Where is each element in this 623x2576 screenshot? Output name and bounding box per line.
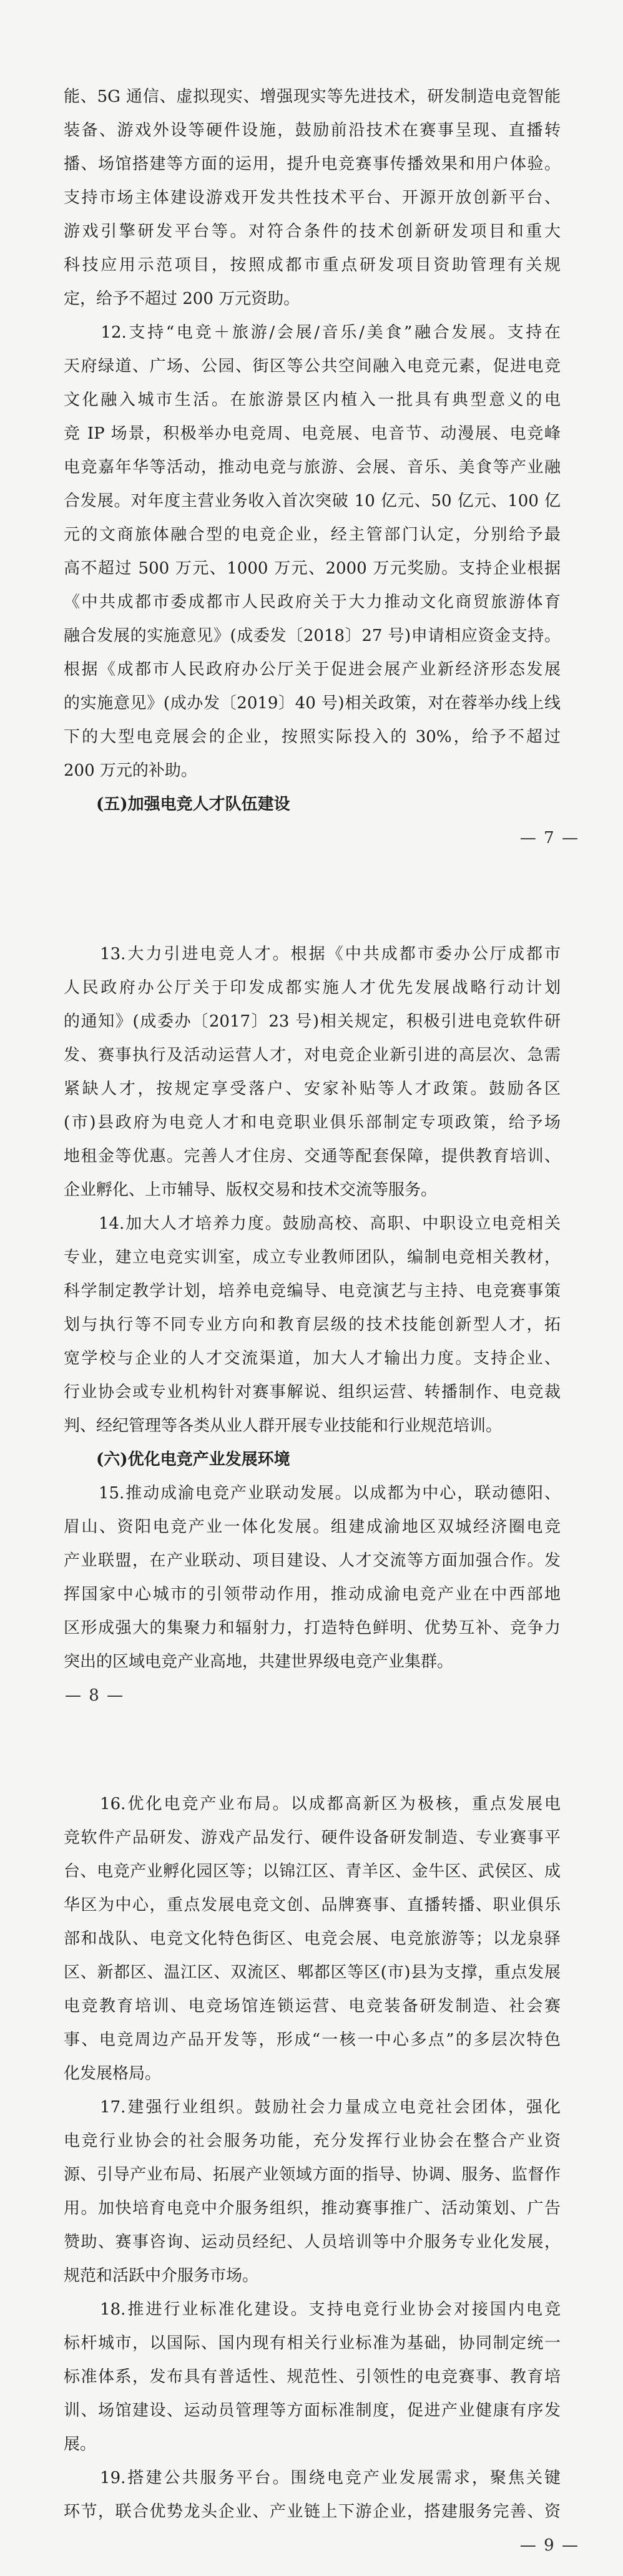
text-line: 元的文商旅体融合型的电竞企业，经主管部门认定，分别给予最 xyxy=(64,518,561,552)
text-line: 根据《成都市人民政府办公厅关于促进会展产业新经济形态发展 xyxy=(64,653,561,686)
page-9: 16.优化电竞产业布局。以成都高新区为极核，重点发展电竞软件产品研发、游戏产品发… xyxy=(0,1712,623,2562)
text-line: 支持市场主体建设游戏开发共性技术平台、开源开放创新平台、 xyxy=(64,181,561,215)
text-line: 台、电竞产业孵化园区等；以锦江区、青羊区、金牛区、武侯区、成 xyxy=(64,1855,561,1888)
text-line: 电竞行业协会的社会服务功能，充分发挥行业协会在整合产业资 xyxy=(64,2124,561,2158)
page-8-body: 13.大力引进电竞人才。根据《中共成都市委办公厅成都市人民政府办公厅关于印发成都… xyxy=(64,937,561,1679)
text-line: 突出的区域电竞产业高地，共建世界级电竞产业集群。 xyxy=(64,1645,561,1679)
text-line: 17.建强行业组织。鼓励社会力量成立电竞社会团体，强化 xyxy=(64,2091,561,2124)
text-line: 融合发展的实施意见》(成委发〔2018〕27 号)申请相应资金支持。 xyxy=(64,619,561,653)
text-line: 竞 IP 场景，积极举办电竞周、电竞展、电音节、动漫展、电竞峰会、 xyxy=(64,417,561,451)
text-line: 部和战队、电竞文化特色街区、电竞会展、电竞旅游等；以龙泉驿 xyxy=(64,1922,561,1956)
text-line: 区、新都区、温江区、双流区、郫都区等区(市)县为支撑，重点发展 xyxy=(64,1956,561,1989)
page-number: — 7 — xyxy=(0,821,623,855)
text-line: 展。 xyxy=(64,2427,561,2461)
text-line: 区形成强大的集聚力和辐射力，打造特色鲜明、优势互补、竞争力 xyxy=(64,1611,561,1645)
text-line: 华区为中心，重点发展电竞文创、品牌赛事、直播转播、职业俱乐 xyxy=(64,1888,561,1922)
text-line: 紧缺人才，按规定享受落户、安家补贴等人才政策。鼓励各区 xyxy=(64,1072,561,1106)
text-line: 训、场馆建设、运动员管理等方面标准制度，促进产业健康有序发 xyxy=(64,2394,561,2427)
text-line: 标准体系，发布具有普适性、规范性、引领性的电竞赛事、教育培 xyxy=(64,2360,561,2394)
text-line: 地租金等优惠。完善人才住房、交通等配套保障，提供教育培训、 xyxy=(64,1139,561,1173)
text-line: 科学制定教学计划，培养电竞编导、电竞演艺与主持、电竞赛事策 xyxy=(64,1274,561,1308)
text-line: 行业协会或专业机构针对赛事解说、组织运营、转播制作、电竞裁 xyxy=(64,1375,561,1409)
page-7: 能、5G 通信、虚拟现实、增强现实等先进技术，研发制造电竞智能装备、游戏外设等硬… xyxy=(0,0,623,855)
text-line: 能、5G 通信、虚拟现实、增强现实等先进技术，研发制造电竞智能 xyxy=(64,80,561,114)
page-7-body: 能、5G 通信、虚拟现实、增强现实等先进技术，研发制造电竞智能装备、游戏外设等硬… xyxy=(64,80,561,821)
text-line: 宽学校与企业的人才交流渠道，加大人才输出力度。支持企业、 xyxy=(64,1342,561,1375)
text-line: 判、经纪管理等各类从业人群开展专业技能和行业规范培训。 xyxy=(64,1409,561,1443)
section-heading: (六)优化电竞产业发展环境 xyxy=(64,1443,561,1476)
text-line: 12.支持“电竞＋旅游/会展/音乐/美食”融合发展。支持在 xyxy=(64,316,561,349)
text-line: 文化融入城市生活。在旅游景区内植入一批具有典型意义的电 xyxy=(64,383,561,417)
text-line: 的实施意见》(成办发〔2019〕40 号)相关政策，对在蓉举办线上线 xyxy=(64,686,561,720)
text-line: 环节，联合优势龙头企业、产业链上下游企业，搭建服务完善、资 xyxy=(64,2495,561,2529)
text-line: 企业孵化、上市辅导、版权交易和技术交流等服务。 xyxy=(64,1173,561,1207)
text-line: 定，给予不超过 200 万元资助。 xyxy=(64,282,561,316)
text-line: 下的大型电竞展会的企业，按照实际投入的 30%，给予不超过 xyxy=(64,720,561,754)
text-line: 发、赛事执行及活动运营人才，对电竞企业新引进的高层次、急需 xyxy=(64,1038,561,1072)
text-line: 电竞教育培训、电竞场馆连锁运营、电竞装备研发制造、社会赛 xyxy=(64,1989,561,2023)
text-line: 人民政府办公厅关于印发成都实施人才优先发展战略行动计划 xyxy=(64,971,561,1005)
text-line: 装备、游戏外设等硬件设施，鼓励前沿技术在赛事呈现、直播转 xyxy=(64,114,561,147)
text-line: 《中共成都市委成都市人民政府关于大力推动文化商贸旅游体育 xyxy=(64,585,561,619)
text-line: 规范和活跃中介服务市场。 xyxy=(64,2259,561,2293)
page-9-body: 16.优化电竞产业布局。以成都高新区为极核，重点发展电竞软件产品研发、游戏产品发… xyxy=(64,1787,561,2529)
text-line: 划与执行等不同专业方向和教育层级的技术技能创新型人才，拓 xyxy=(64,1308,561,1342)
text-line: 200 万元的补助。 xyxy=(64,754,561,788)
text-line: 源、引导产业布局、拓展产业领域方面的指导、协调、服务、监督作 xyxy=(64,2158,561,2192)
text-line: 专业，建立电竞实训室，成立专业教师团队，编制电竞相关教材， xyxy=(64,1241,561,1274)
text-line: 眉山、资阳电竞产业一体化发展。组建成渝地区双城经济圈电竞 xyxy=(64,1510,561,1544)
text-line: 14.加大人才培养力度。鼓励高校、高职、中职设立电竞相关 xyxy=(64,1207,561,1241)
text-line: 高不超过 500 万元、1000 万元、2000 万元奖励。支持企业根据 xyxy=(64,552,561,585)
text-line: (市)县政府为电竞人才和电竞职业俱乐部制定专项政策，给予场 xyxy=(64,1106,561,1139)
page-number: — 9 — xyxy=(0,2529,623,2562)
text-line: 19.搭建公共服务平台。围绕电竞产业发展需求，聚焦关键 xyxy=(64,2461,561,2495)
text-line: 竞软件产品研发、游戏产品发行、硬件设备研发制造、专业赛事平 xyxy=(64,1821,561,1855)
text-line: 16.优化电竞产业布局。以成都高新区为极核，重点发展电 xyxy=(64,1787,561,1821)
page-number: — 8 — xyxy=(0,1679,623,1712)
text-line: 产业联盟，在产业联动、项目建设、人才交流等方面加强合作。发 xyxy=(64,1544,561,1578)
scanned-policy-document: 能、5G 通信、虚拟现实、增强现实等先进技术，研发制造电竞智能装备、游戏外设等硬… xyxy=(0,0,623,2576)
text-line: 电竞嘉年华等活动，推动电竞与旅游、会展、音乐、美食等产业融 xyxy=(64,451,561,484)
text-line: 播、场馆搭建等方面的运用，提升电竞赛事传播效果和用户体验。 xyxy=(64,147,561,181)
text-line: 天府绿道、广场、公园、街区等公共空间融入电竞元素，促进电竞 xyxy=(64,349,561,383)
text-line: 15.推动成渝电竞产业联动发展。以成都为中心，联动德阳、 xyxy=(64,1476,561,1510)
page-8: 13.大力引进电竞人才。根据《中共成都市委办公厅成都市人民政府办公厅关于印发成都… xyxy=(0,855,623,1712)
text-line: 的通知》(成委办〔2017〕23 号)相关规定，积极引进电竞软件研 xyxy=(64,1005,561,1038)
text-line: 18.推进行业标准化建设。支持电竞行业协会对接国内电竞 xyxy=(64,2293,561,2326)
text-line: 标杆城市，以国际、国内现有相关行业标准为基础，协同制定统一 xyxy=(64,2326,561,2360)
text-line: 挥国家中心城市的引领带动作用，推动成渝电竞产业在中西部地 xyxy=(64,1578,561,1611)
text-line: 用。加快培育电竞中介服务组织，推动赛事推广、活动策划、广告 xyxy=(64,2192,561,2225)
text-line: 事、电竞周边产品开发等，形成“一核一中心多点”的多层次特色 xyxy=(64,2023,561,2057)
text-line: 赞助、赛事咨询、运动员经纪、人员培训等中介服务专业化发展， xyxy=(64,2225,561,2259)
section-heading: (五)加强电竞人才队伍建设 xyxy=(64,788,561,821)
text-line: 科技应用示范项目，按照成都市重点研发项目资助管理有关规 xyxy=(64,248,561,282)
text-line: 合发展。对年度主营业务收入首次突破 10 亿元、50 亿元、100 亿 xyxy=(64,484,561,518)
text-line: 化发展格局。 xyxy=(64,2057,561,2091)
text-line: 13.大力引进电竞人才。根据《中共成都市委办公厅成都市 xyxy=(64,937,561,971)
text-line: 游戏引擎研发平台等。对符合条件的技术创新研发项目和重大 xyxy=(64,215,561,248)
